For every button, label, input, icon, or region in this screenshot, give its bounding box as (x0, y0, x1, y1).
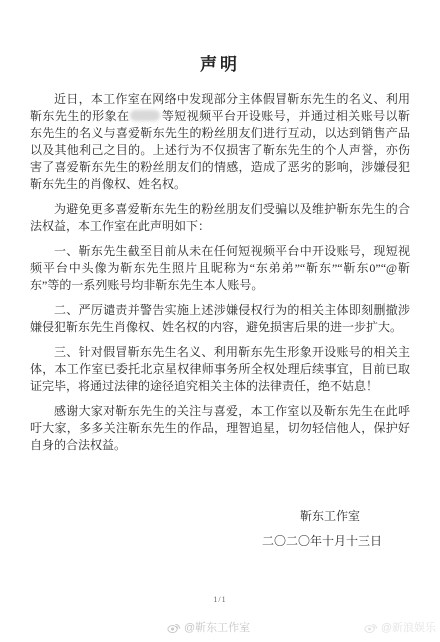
signature: 靳东工作室 (30, 508, 410, 525)
watermark-weibo-left: @靳东工作室 (167, 619, 250, 635)
closing-paragraph: 感谢大家对靳东先生的关注与喜爱，本工作室以及靳东先生在此呼吁大家，多多关注靳东先… (30, 403, 410, 454)
weibo-icon (167, 620, 181, 634)
watermark-text: @靳东工作室 (184, 619, 250, 635)
statement-item-1: 一、靳东先生截至目前从未在任何短视频平台中开设账号，现短视频平台中头像为靳东先生… (30, 243, 410, 294)
page-indicator: 1/1 (0, 595, 440, 604)
statement-document: 声明 近日，本工作室在网络中发现部分主体假冒靳东先生的名义、利用靳东先生的形象在… (30, 50, 410, 550)
watermark-weibo-right: @新浪娱乐 (364, 619, 436, 635)
intro-paragraph: 近日，本工作室在网络中发现部分主体假冒靳东先生的名义、利用靳东先生的形象在等短视… (30, 91, 410, 193)
statement-item-3: 三、针对假冒靳东先生名义、利用靳东先生形象开设账号的相关主体，本工作室已委托北京… (30, 344, 410, 395)
document-title: 声明 (30, 50, 410, 75)
signature-block: 靳东工作室 二〇二〇年十月十三日 (30, 508, 410, 550)
redacted-platform-names (130, 110, 160, 121)
purpose-paragraph: 为避免更多喜爱靳东先生的粉丝朋友们受骗以及维护靳东先生的合法权益，本工作室在此声… (30, 201, 410, 235)
statement-document-page: { "document": { "title": "声明", "intro_be… (0, 0, 440, 642)
watermark-text: @新浪娱乐 (381, 619, 436, 635)
weibo-icon (364, 620, 378, 634)
statement-item-2: 二、严厉谴责并警告实施上述涉嫌侵权行为的相关主体即刻删撤涉嫌侵犯靳东先生肖像权、… (30, 302, 410, 336)
signature-date: 二〇二〇年十月十三日 (30, 533, 410, 550)
